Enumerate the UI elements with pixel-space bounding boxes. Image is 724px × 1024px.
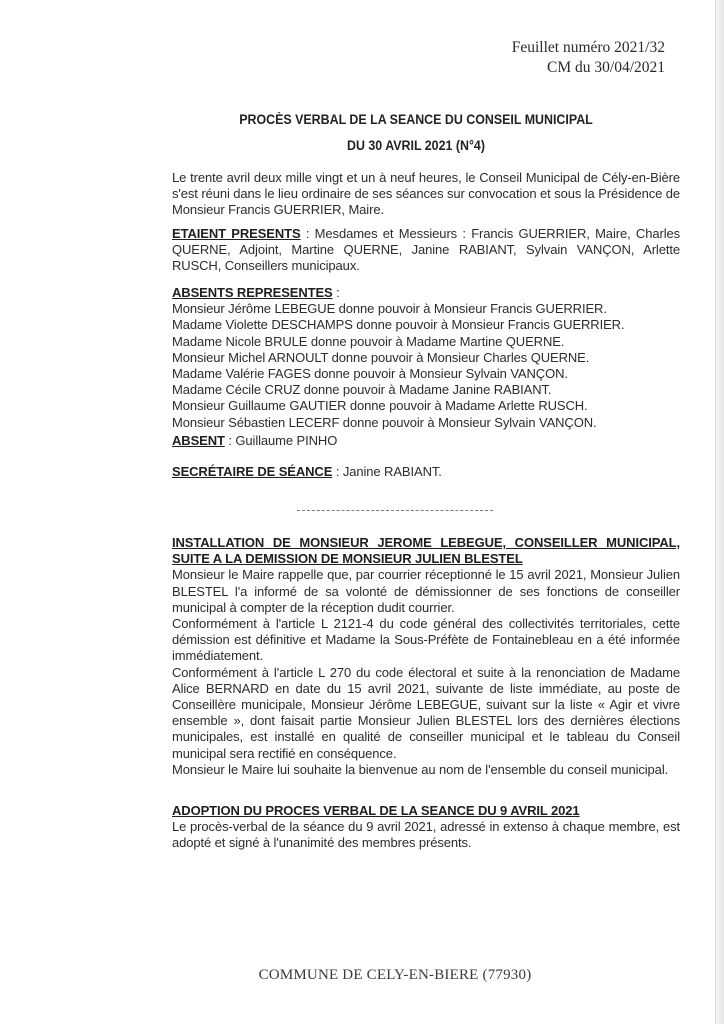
- proxy-item: Monsieur Sébastien LECERF donne pouvoir …: [172, 415, 680, 431]
- intro-text: Le trente avril deux mille vingt et un à…: [172, 170, 680, 219]
- proxy-item: Monsieur Jérôme LEBEGUE donne pouvoir à …: [172, 301, 680, 317]
- absent-section: ABSENT : Guillaume PINHO: [172, 433, 680, 449]
- presents-section: ETAIENT PRESENTS : Mesdames et Messieurs…: [172, 226, 680, 275]
- absent-text: : Guillaume PINHO: [225, 433, 337, 448]
- page-edge: [715, 0, 724, 1024]
- section-paragraph: Le procès-verbal de la séance du 9 avril…: [172, 819, 680, 851]
- proxy-item: Monsieur Guillaume GAUTIER donne pouvoir…: [172, 398, 680, 414]
- proxy-item: Madame Nicole BRULE donne pouvoir à Mada…: [172, 334, 680, 350]
- section-heading: ADOPTION DU PROCES VERBAL DE LA SEANCE D…: [172, 803, 680, 819]
- proxy-item: Madame Violette DESCHAMPS donne pouvoir …: [172, 317, 680, 333]
- section-paragraph: Conformément à l'article L 2121-4 du cod…: [172, 616, 680, 665]
- document-subtitle: DU 30 AVRIL 2021 (N°4): [171, 138, 660, 153]
- absent-label: ABSENT: [172, 433, 225, 448]
- secretaire-text: : Janine RABIANT.: [332, 464, 441, 479]
- header-reference: Feuillet numéro 2021/32 CM du 30/04/2021: [420, 38, 665, 78]
- section-installation: INSTALLATION DE MONSIEUR JEROME LEBEGUE,…: [172, 535, 680, 778]
- proxy-item: Madame Valérie FAGES donne pouvoir à Mon…: [172, 366, 680, 382]
- section-paragraph: Conformément à l'article L 270 du code é…: [172, 665, 680, 762]
- absents-representes-section: ABSENTS REPRESENTES : Monsieur Jérôme LE…: [172, 285, 680, 431]
- meeting-reference: CM du 30/04/2021: [420, 58, 665, 78]
- absents-representes-label: ABSENTS REPRESENTES: [172, 285, 333, 300]
- section-paragraph: Monsieur le Maire lui souhaite la bienve…: [172, 762, 680, 778]
- section-divider: [297, 510, 493, 511]
- section-heading: INSTALLATION DE MONSIEUR JEROME LEBEGUE,…: [172, 535, 680, 567]
- proxy-item: Madame Cécile CRUZ donne pouvoir à Madam…: [172, 382, 680, 398]
- secretaire-label: SECRÉTAIRE DE SÉANCE: [172, 464, 332, 479]
- presents-label: ETAIENT PRESENTS: [172, 226, 301, 241]
- intro-paragraph: Le trente avril deux mille vingt et un à…: [172, 170, 680, 219]
- sheet-number: Feuillet numéro 2021/32: [420, 38, 665, 58]
- section-adoption: ADOPTION DU PROCES VERBAL DE LA SEANCE D…: [172, 803, 680, 852]
- absents-representes-suffix: :: [333, 285, 340, 300]
- secretaire-section: SECRÉTAIRE DE SÉANCE : Janine RABIANT.: [172, 464, 680, 480]
- proxy-item: Monsieur Michel ARNOULT donne pouvoir à …: [172, 350, 680, 366]
- page-footer: COMMUNE DE CELY-EN-BIERE (77930): [230, 967, 560, 984]
- section-paragraph: Monsieur le Maire rappelle que, par cour…: [172, 567, 680, 616]
- document-title: PROCÈS VERBAL DE LA SEANCE DU CONSEIL MU…: [171, 112, 660, 127]
